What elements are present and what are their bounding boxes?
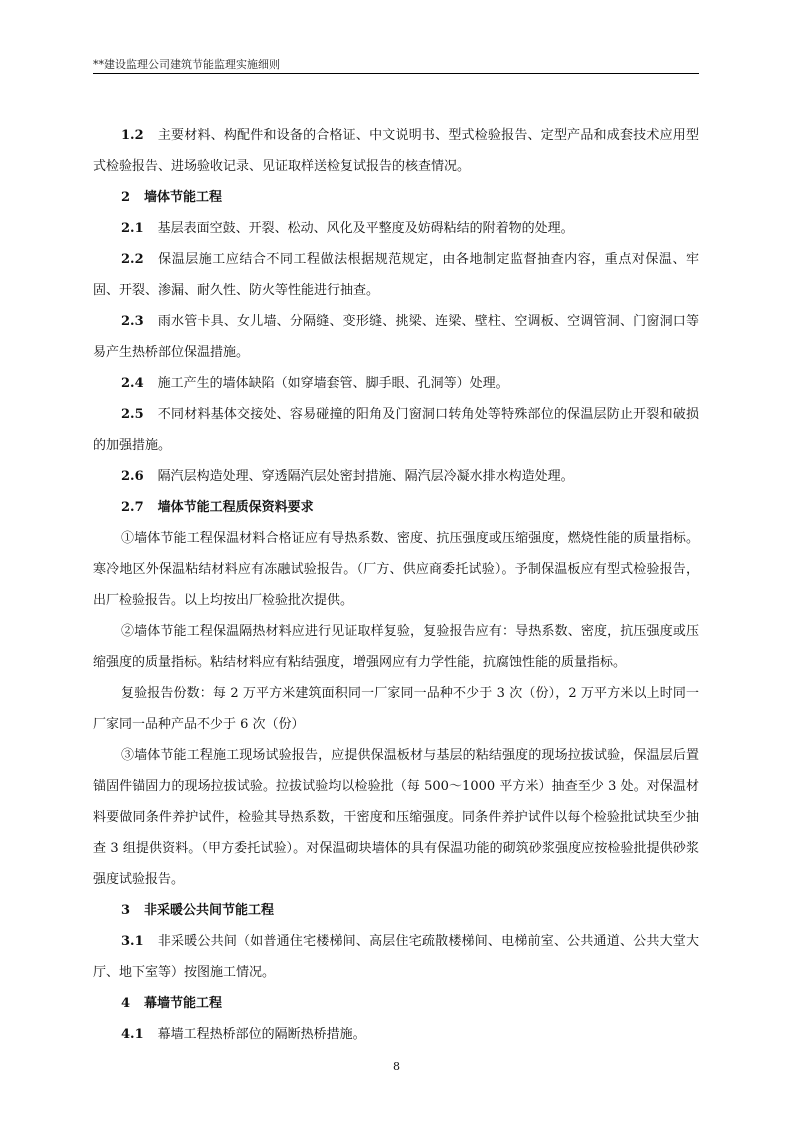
heading-3: 3非采暖公共间节能工程 bbox=[93, 895, 699, 926]
retest-count: 复验报告份数：每 2 万平方米建筑面积同一厂家同一品种不少于 3 次（份），2 … bbox=[93, 678, 699, 740]
section-2-6: 2.6隔汽层构造处理、穿透隔汽层处密封措施、隔汽层冷凝水排水构造处理。 bbox=[93, 461, 699, 492]
section-2-7: 2.7墙体节能工程质保资料要求 bbox=[93, 492, 699, 523]
heading-4: 4幕墙节能工程 bbox=[93, 988, 699, 1019]
section-2-4: 2.4施工产生的墙体缺陷（如穿墙套管、脚手眼、孔洞等）处理。 bbox=[93, 368, 699, 399]
section-2-2: 2.2保温层施工应结合不同工程做法根据规范规定，由各地制定监督抽查内容，重点对保… bbox=[93, 244, 699, 306]
document-header: **建设监理公司建筑节能监理实施细则 bbox=[93, 56, 699, 72]
section-2-3: 2.3雨水管卡具、女儿墙、分隔缝、变形缝、挑梁、连梁、壁柱、空调板、空调管洞、门… bbox=[93, 306, 699, 368]
section-2-5: 2.5不同材料基体交接处、容易碰撞的阳角及门窗洞口转角处等特殊部位的保温层防止开… bbox=[93, 399, 699, 461]
header-divider bbox=[93, 73, 699, 74]
section-4-1: 4.1幕墙工程热桥部位的隔断热桥措施。 bbox=[93, 1019, 699, 1050]
section-1-2: 1.2主要材料、构配件和设备的合格证、中文说明书、型式检验报告、定型产品和成套技… bbox=[93, 120, 699, 182]
requirement-1: ①墙体节能工程保温材料合格证应有导热系数、密度、抗压强度或压缩强度，燃烧性能的质… bbox=[93, 523, 699, 616]
requirement-3: ③墙体节能工程施工现场试验报告，应提供保温板材与基层的粘结强度的现场拉拔试验，保… bbox=[93, 740, 699, 895]
heading-2: 2墙体节能工程 bbox=[93, 182, 699, 213]
section-3-1: 3.1非采暖公共间（如普通住宅楼梯间、高层住宅疏散楼梯间、电梯前室、公共通道、公… bbox=[93, 926, 699, 988]
page-number: 8 bbox=[0, 1060, 793, 1073]
requirement-2: ②墙体节能工程保温隔热材料应进行见证取样复验，复验报告应有：导热系数、密度，抗压… bbox=[93, 616, 699, 678]
section-2-1: 2.1基层表面空鼓、开裂、松动、风化及平整度及妨碍粘结的附着物的处理。 bbox=[93, 213, 699, 244]
